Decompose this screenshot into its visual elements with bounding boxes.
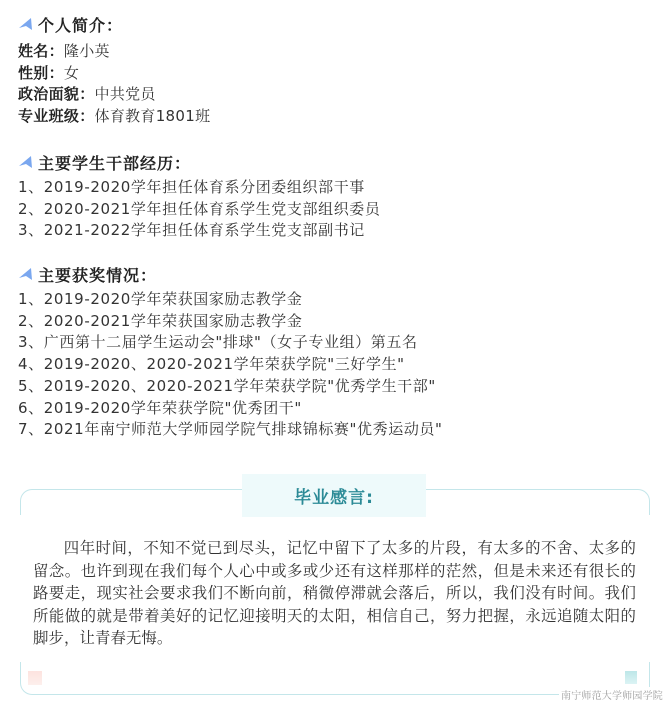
- field-value: 隆小英: [64, 42, 110, 60]
- cadre-heading: 主要学生干部经历：: [18, 150, 381, 174]
- speech-title: 毕业感言:: [294, 483, 374, 508]
- list-item: 2、2020-2021学年荣获国家励志教学金: [18, 311, 443, 333]
- field-value: 中共党员: [95, 85, 156, 103]
- list-item: 7、2021年南宁师范大学师园学院气排球锦标赛"优秀运动员": [18, 419, 443, 441]
- profile-title: 个人简介：: [38, 13, 123, 36]
- list-item: 6、2019-2020学年荣获学院"优秀团干": [18, 398, 443, 420]
- field-gender: 性别：女: [18, 63, 210, 85]
- graduation-speech-text: 四年时间，不知不觉已到尽头，记忆中留下了太多的片段，有太多的不舍、太多的留念。也…: [33, 537, 636, 650]
- triangle-pointer-icon: [18, 266, 34, 282]
- speech-frame-bottom: [20, 662, 650, 695]
- cadre-title: 主要学生干部经历：: [38, 151, 191, 174]
- cadre-section: 主要学生干部经历： 1、2019-2020学年担任体育系分团委组织部干事 2、2…: [18, 150, 381, 242]
- teal-square-decoration: [625, 671, 637, 684]
- watermark: 南宁师范大学师园学院: [559, 687, 663, 702]
- field-name: 姓名：隆小英: [18, 41, 210, 63]
- list-item: 1、2019-2020学年担任体育系分团委组织部干事: [18, 177, 381, 199]
- profile-heading: 个人简介：: [18, 12, 210, 36]
- field-political-status: 政治面貌：中共党员: [18, 84, 210, 106]
- list-item: 4、2019-2020、2020-2021学年荣获学院"三好学生": [18, 354, 443, 376]
- awards-heading: 主要获奖情况：: [18, 262, 443, 286]
- pink-square-decoration: [28, 671, 42, 685]
- awards-section: 主要获奖情况： 1、2019-2020学年荣获国家励志教学金 2、2020-20…: [18, 262, 443, 441]
- field-value: 体育教育1801班: [95, 107, 211, 125]
- field-label: 政治面貌：: [18, 85, 95, 103]
- field-label: 性别：: [18, 64, 64, 82]
- list-item: 5、2019-2020、2020-2021学年荣获学院"优秀学生干部": [18, 376, 443, 398]
- field-label: 专业班级：: [18, 107, 95, 125]
- awards-title: 主要获奖情况：: [38, 263, 157, 286]
- field-class: 专业班级：体育教育1801班: [18, 106, 210, 128]
- profile-section: 个人简介： 姓名：隆小英 性别：女 政治面貌：中共党员 专业班级：体育教育180…: [18, 12, 210, 127]
- field-value: 女: [64, 64, 79, 82]
- speech-title-box: 毕业感言:: [242, 474, 426, 517]
- list-item: 2、2020-2021学年担任体育系学生党支部组织委员: [18, 199, 381, 221]
- triangle-pointer-icon: [18, 154, 34, 170]
- field-label: 姓名：: [18, 42, 64, 60]
- list-item: 3、2021-2022学年担任体育系学生党支部副书记: [18, 220, 381, 242]
- list-item: 3、广西第十二届学生运动会"排球"（女子专业组）第五名: [18, 332, 443, 354]
- list-item: 1、2019-2020学年荣获国家励志教学金: [18, 289, 443, 311]
- triangle-pointer-icon: [18, 16, 34, 32]
